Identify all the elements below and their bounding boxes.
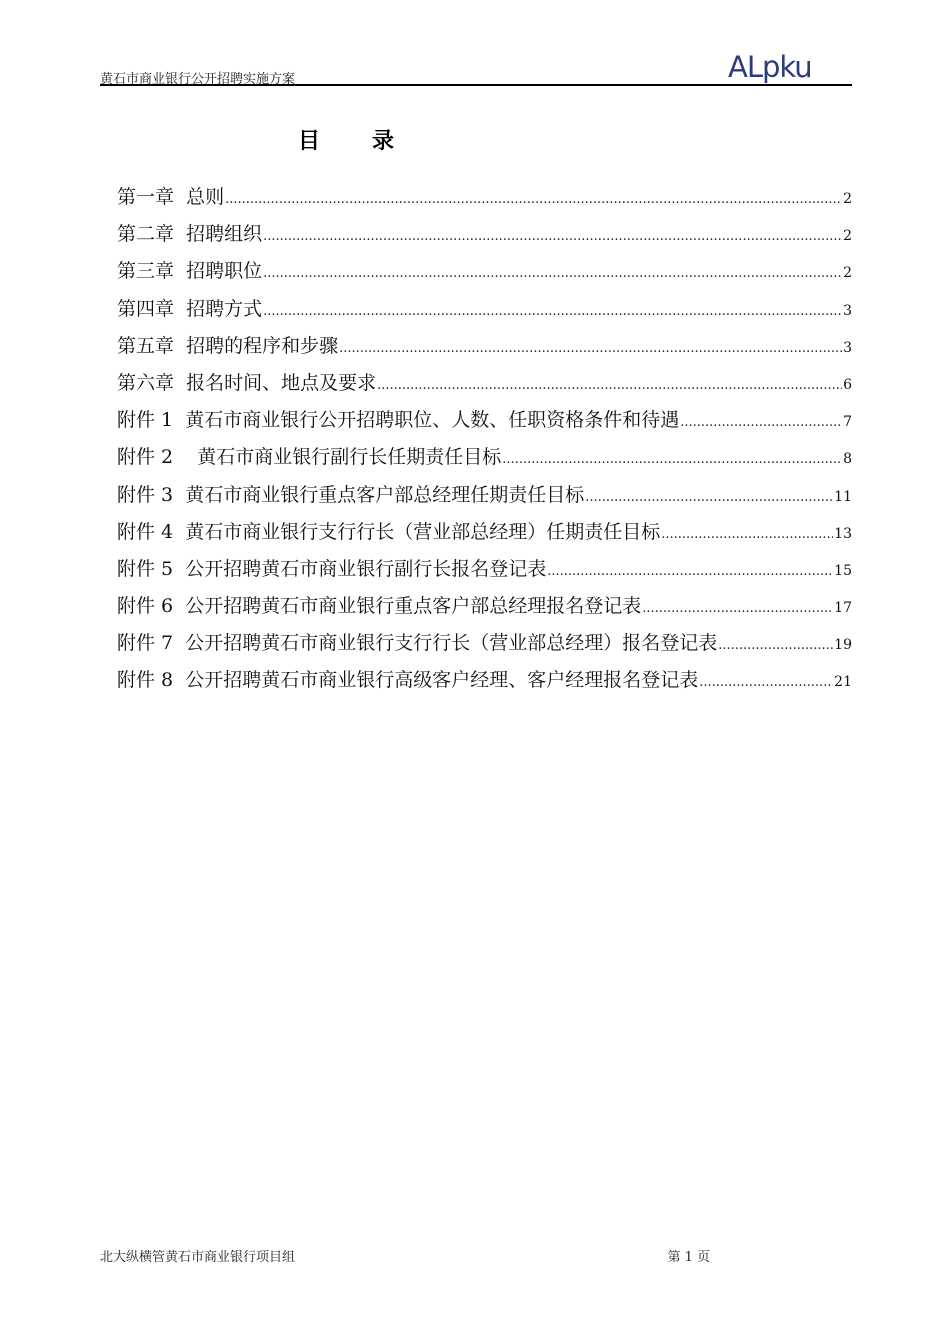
toc-entry[interactable]: 附件 2 黄石市商业银行副行长任期责任目标 8: [117, 442, 852, 479]
dot-leader: [585, 490, 833, 505]
dot-leader: [718, 638, 833, 653]
toc-entry[interactable]: 附件 5 公开招聘黄石市商业银行副行长报名登记表 15: [117, 554, 852, 591]
toc-entry[interactable]: 第三章 招聘职位 2: [117, 256, 852, 293]
toc-entry-page: 7: [843, 414, 852, 430]
toc-heading-left: 目: [298, 124, 320, 155]
alpku-logo: ALpku: [728, 52, 844, 82]
header-divider: [100, 84, 852, 86]
toc-entry[interactable]: 附件 3 黄石市商业银行重点客户部总经理任期责任目标 11: [117, 480, 852, 517]
toc-entry-label: 第五章 招聘的程序和步骤: [117, 331, 338, 358]
toc-entry-label: 附件 2 黄石市商业银行副行长任期责任目标: [117, 442, 501, 469]
toc-entry[interactable]: 第四章 招聘方式 3: [117, 294, 852, 331]
toc-entry-page: 2: [843, 228, 852, 244]
toc-entry-page: 13: [834, 526, 852, 542]
toc-entry-label: 第四章 招聘方式: [117, 294, 262, 321]
toc-entry-label: 附件 1 黄石市商业银行公开招聘职位、人数、任职资格条件和待遇: [117, 405, 679, 432]
toc-entry-label: 第二章 招聘组织: [117, 219, 262, 246]
dot-leader: [642, 601, 833, 616]
page-number: 第 1 页: [667, 1246, 710, 1265]
toc-entry[interactable]: 第二章 招聘组织 2: [117, 219, 852, 256]
toc-entry-page: 8: [843, 451, 852, 467]
dot-leader: [661, 527, 833, 542]
toc-entry[interactable]: 第六章 报名时间、地点及要求 6: [117, 368, 852, 405]
toc-entry-page: 21: [834, 674, 852, 690]
dot-leader: [263, 266, 842, 281]
toc-entry[interactable]: 附件 1 黄石市商业银行公开招聘职位、人数、任职资格条件和待遇 7: [117, 405, 852, 442]
toc-entry-label: 附件 6 公开招聘黄石市商业银行重点客户部总经理报名登记表: [117, 591, 641, 618]
toc-heading-right: 录: [372, 124, 394, 155]
toc-entry-page: 2: [843, 265, 852, 281]
footer-project-group: 北大纵横管黄石市商业银行项目组: [100, 1246, 295, 1265]
toc-entry-label: 第六章 报名时间、地点及要求: [117, 368, 376, 395]
toc-entry[interactable]: 附件 7 公开招聘黄石市商业银行支行行长（营业部总经理）报名登记表 19: [117, 628, 852, 665]
dot-leader: [680, 415, 842, 430]
toc-entry[interactable]: 第一章 总则 2: [117, 182, 852, 219]
page-header: 黄石市商业银行公开招聘实施方案 ALpku: [100, 50, 852, 86]
toc-entry-page: 6: [843, 377, 852, 393]
toc-entry-page: 2: [843, 191, 852, 207]
logo-text: ALpku: [728, 50, 812, 84]
toc-entry-page: 15: [834, 563, 852, 579]
toc-entry-label: 附件 4 黄石市商业银行支行行长（营业部总经理）任期责任目标: [117, 517, 660, 544]
toc-entry-page: 19: [834, 637, 852, 653]
dot-leader: [502, 452, 842, 467]
dot-leader: [263, 304, 842, 319]
toc-entry-label: 第一章 总则: [117, 182, 224, 209]
toc-entry-label: 第三章 招聘职位: [117, 256, 262, 283]
toc-entry[interactable]: 附件 8 公开招聘黄石市商业银行高级客户经理、客户经理报名登记表 21: [117, 665, 852, 702]
toc-heading: 目录: [298, 124, 394, 155]
dot-leader: [263, 229, 842, 244]
toc-entry-label: 附件 3 黄石市商业银行重点客户部总经理任期责任目标: [117, 480, 584, 507]
toc-entry[interactable]: 第五章 招聘的程序和步骤 3: [117, 331, 852, 368]
toc-entry-label: 附件 7 公开招聘黄石市商业银行支行行长（营业部总经理）报名登记表: [117, 628, 717, 655]
dot-leader: [339, 341, 842, 356]
toc-entry-page: 3: [843, 340, 852, 356]
table-of-contents: 第一章 总则 2 第二章 招聘组织 2 第三章 招聘职位 2 第四章 招聘方式 …: [117, 182, 852, 703]
dot-leader: [699, 675, 833, 690]
dot-leader: [547, 564, 833, 579]
toc-entry[interactable]: 附件 4 黄石市商业银行支行行长（营业部总经理）任期责任目标 13: [117, 517, 852, 554]
toc-entry-page: 17: [834, 600, 852, 616]
dot-leader: [225, 192, 842, 207]
toc-entry[interactable]: 附件 6 公开招聘黄石市商业银行重点客户部总经理报名登记表 17: [117, 591, 852, 628]
toc-entry-label: 附件 8 公开招聘黄石市商业银行高级客户经理、客户经理报名登记表: [117, 665, 698, 692]
toc-entry-label: 附件 5 公开招聘黄石市商业银行副行长报名登记表: [117, 554, 546, 581]
toc-entry-page: 3: [843, 303, 852, 319]
dot-leader: [377, 378, 842, 393]
toc-entry-page: 11: [834, 489, 852, 505]
